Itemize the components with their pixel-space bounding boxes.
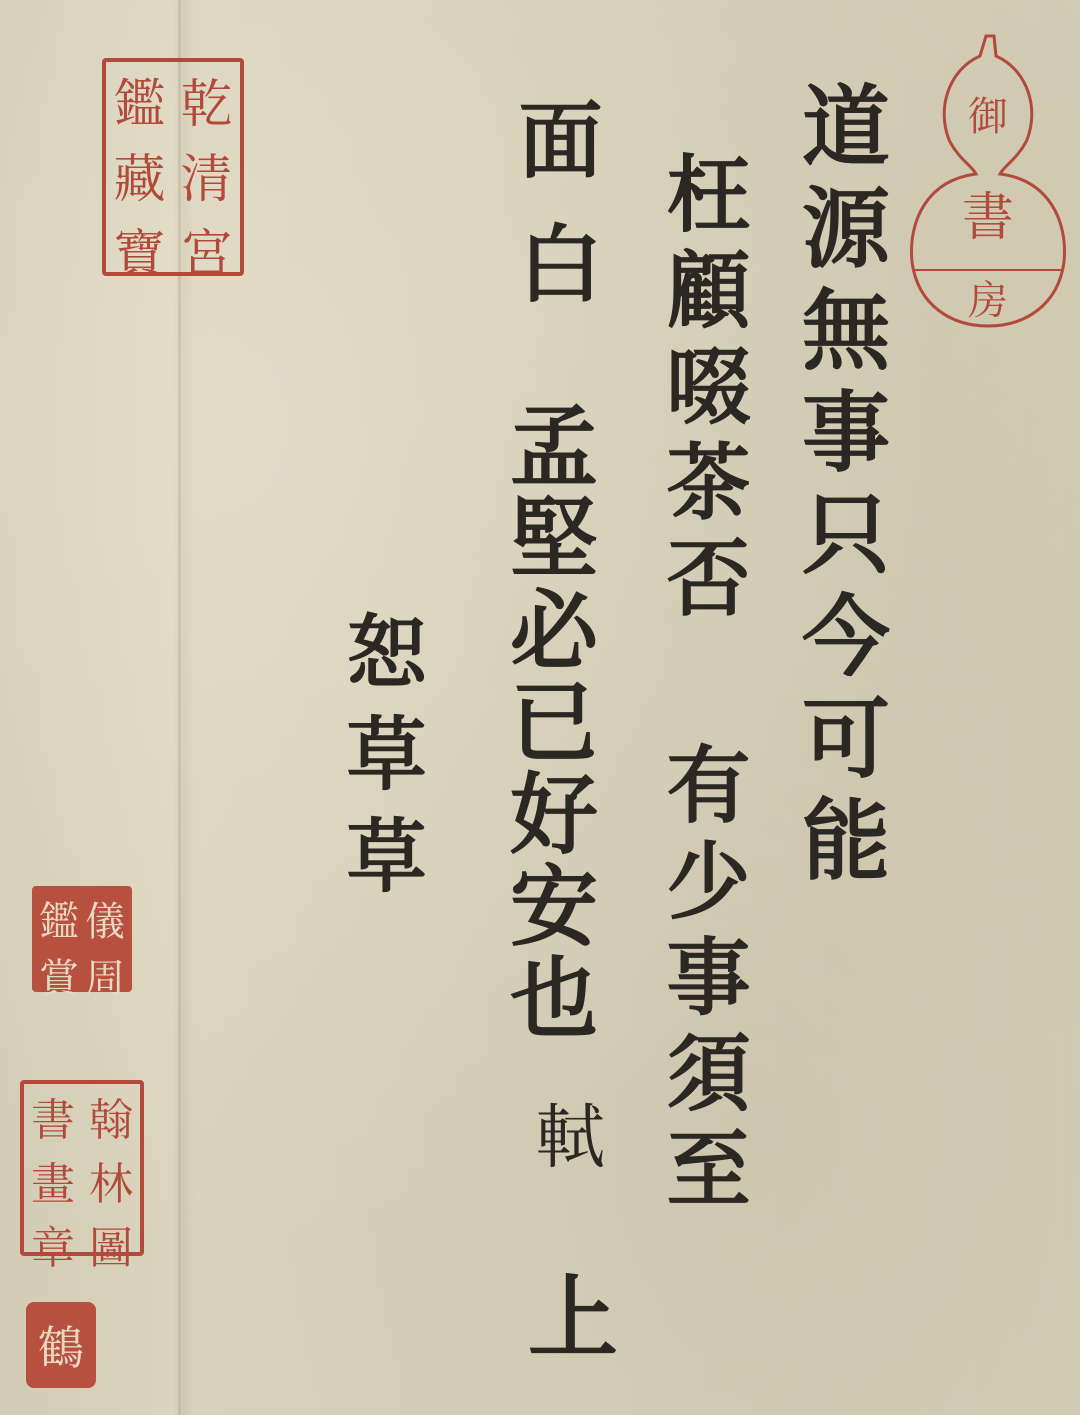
seal-char: 章 <box>24 1212 82 1276</box>
seal-char: 清 <box>173 137 240 212</box>
hanlin-seal: 書 翰 畫 林 章 圖 <box>20 1080 144 1256</box>
svg-text:房: 房 <box>968 278 1008 324</box>
seal-char: 儀 <box>82 890 128 947</box>
seal-char: 林 <box>82 1148 140 1212</box>
calligraphy-column-3-top: 面白 <box>512 96 596 344</box>
seal-char: 畫 <box>24 1148 82 1212</box>
jianshang-seal: 鑑 儀 賞 周 <box>32 886 132 992</box>
seal-char: 宮 <box>173 212 240 287</box>
seal-char: 圖 <box>82 1212 140 1276</box>
calligraphy-shang: 上 <box>520 1270 610 1368</box>
signature-shi: 軾 <box>530 1100 600 1178</box>
calligraphy-paper: 御 書 房 鑑 乾 藏 清 寶 宮 鑑 儀 賞 周 書 翰 畫 林 章 圖 鶴 … <box>0 0 1080 1415</box>
calligraphy-column-2: 枉顧啜茶否 有少事須至 <box>660 150 744 1221</box>
svg-text:御: 御 <box>968 94 1008 140</box>
seal-char: 寶 <box>106 212 173 287</box>
seal-char: 翰 <box>82 1084 140 1148</box>
qianqing-palace-seal: 鑑 乾 藏 清 寶 宮 <box>102 58 244 276</box>
calligraphy-column-4: 恕草草 <box>340 610 420 916</box>
seal-char: 賞 <box>36 947 82 1004</box>
seal-char: 書 <box>24 1084 82 1148</box>
crane-seal: 鶴 <box>26 1302 96 1388</box>
seal-char: 鶴 <box>30 1306 92 1384</box>
calligraphy-column-3-mid: 孟堅必已好安也 <box>504 400 592 1044</box>
seal-char: 周 <box>82 947 128 1004</box>
seal-char: 藏 <box>106 137 173 212</box>
calligraphy-column-1: 道源無事只今可能 <box>796 80 884 896</box>
gourd-seal: 御 書 房 <box>908 30 1068 330</box>
seal-char: 乾 <box>173 62 240 137</box>
svg-text:書: 書 <box>962 188 1014 248</box>
seal-char: 鑑 <box>36 890 82 947</box>
seal-char: 鑑 <box>106 62 173 137</box>
